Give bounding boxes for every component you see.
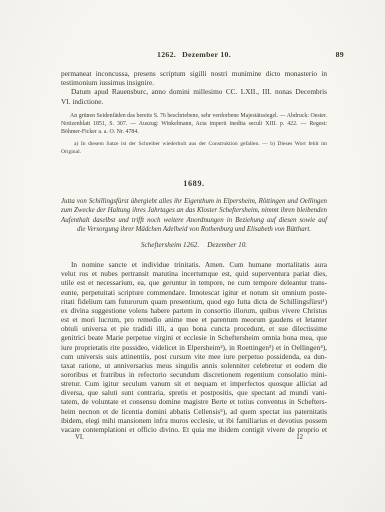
page-number: 89 bbox=[336, 50, 344, 59]
text-line: vacare contemplationi et officio divino.… bbox=[61, 425, 327, 434]
text-line: ex divina suggestione volens habere part… bbox=[61, 306, 327, 315]
text-line: ibidem, elegi mihi mansionem infra muros… bbox=[61, 416, 327, 425]
footnotes: a) In diesem Satze ist der Schreiber wie… bbox=[61, 141, 327, 156]
running-header-date-year: 1262. bbox=[157, 50, 176, 59]
charter-regest: Jutta von Schillingsfürst übergiebt alle… bbox=[61, 197, 327, 234]
text-line: testimonium iussimus insignire. bbox=[61, 78, 327, 87]
text-line: In nomine sancte et individue trinitatis… bbox=[61, 260, 327, 269]
text-line: permaneat inconcussa, presens scriptum s… bbox=[61, 69, 327, 78]
scanned-book-page: 1262.Dezember 10. 89 permaneat inconcuss… bbox=[0, 0, 385, 512]
apparatus-note: An grünen Seidenfäden das bereits S. 76 … bbox=[61, 112, 327, 136]
text-line: utile est et necessarium, ea, que gerunt… bbox=[61, 278, 327, 287]
text-line: diversa, que saluti sunt contraria, spre… bbox=[61, 388, 327, 397]
text-line: sororibus et fratribus in refectorio sec… bbox=[61, 370, 327, 379]
previous-charter-closing: permaneat inconcussa, presens scriptum s… bbox=[61, 69, 327, 87]
volume-signature: VI. bbox=[75, 434, 84, 441]
text-line: stretur. Cum igitur seculum vanum sit et… bbox=[61, 379, 327, 388]
charter-body-text: In nomine sancte et individue trinitatis… bbox=[61, 260, 327, 434]
charter-number: 1689. bbox=[61, 179, 327, 188]
text-line: genitrici beate Marie perpetue virgini e… bbox=[61, 333, 327, 342]
charter-dateline: Scheftersheim 1262.Dezember 10. bbox=[61, 241, 327, 249]
printer-signature-row: VI. 12 bbox=[61, 434, 327, 441]
text-line: An grünen Seidenfäden das bereits S. 76 … bbox=[61, 112, 327, 120]
text-line: Datum apud Rauensburc, anno domini mille… bbox=[61, 87, 327, 96]
text-line: a) In diesem Satze ist der Schreiber wie… bbox=[61, 141, 327, 156]
text-line: Aufenthalt daselbst und trifft noch weit… bbox=[61, 216, 327, 225]
text-line: heim necnon et de licentia domini abbati… bbox=[61, 407, 327, 416]
text-line: eunte, perpetuitati scripture commendare… bbox=[61, 288, 327, 297]
text-column: 1262.Dezember 10. 89 permaneat inconcuss… bbox=[61, 50, 327, 441]
text-line: tatem, de voluntate et consensu domine m… bbox=[61, 397, 327, 406]
text-line: obtuli universa et pie tradidi illi, a q… bbox=[61, 324, 327, 333]
text-line: Notizenblatt 1851, S. 307. — Auszug: Win… bbox=[61, 120, 327, 128]
running-header: 1262.Dezember 10. 89 bbox=[61, 50, 327, 59]
text-line: Jutta von Schillingsfürst übergiebt alle… bbox=[61, 197, 327, 206]
text-line: VI. indictione. bbox=[61, 97, 327, 106]
text-line: velut ros et nubes pertransit matutina i… bbox=[61, 269, 327, 278]
text-line: zum Zwecke der Haltung ihres Jahrtages a… bbox=[61, 206, 327, 215]
text-line: ritati fidelium tam futurorum quam prese… bbox=[61, 297, 327, 306]
text-line: cum universis suis attinentiis, post cur… bbox=[61, 352, 327, 361]
text-line: taxat ratione, ut anniversarius meus sin… bbox=[61, 361, 327, 370]
text-line: Böhmer-Ficker a. a. O. Nr. 4784. bbox=[61, 128, 327, 136]
text-line: est et mori lucrum, pro remedio anime me… bbox=[61, 315, 327, 324]
previous-charter-datum: Datum apud Rauensburc, anno domini mille… bbox=[61, 87, 327, 105]
dateline-place-year: Scheftersheim 1262. bbox=[141, 241, 199, 249]
running-header-date-day: Dezember 10. bbox=[182, 50, 231, 59]
text-line: iure proprietatis rite possideo, videlic… bbox=[61, 343, 327, 352]
text-line: die Versorgung ihrer Mädchen Adelheid vo… bbox=[61, 225, 327, 234]
sheet-signature: 12 bbox=[296, 434, 303, 441]
dateline-date: Dezember 10. bbox=[207, 241, 247, 249]
